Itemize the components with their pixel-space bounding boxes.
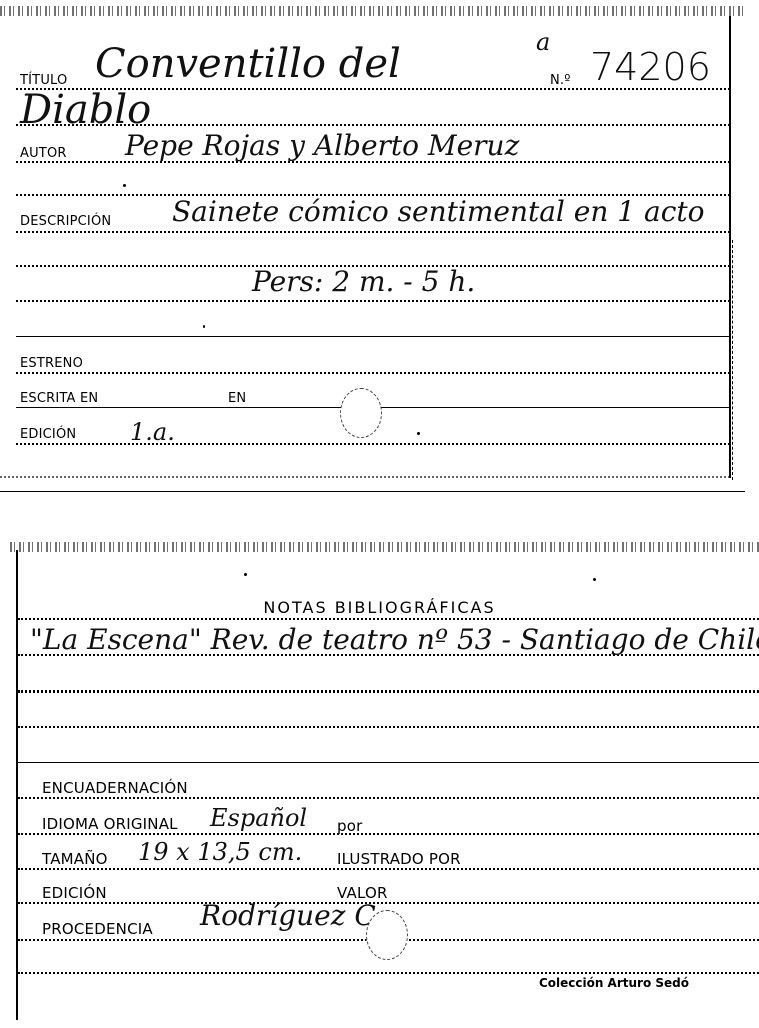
rule — [18, 972, 759, 974]
descripcion-value: Sainete cómico sentimental en 1 acto — [172, 198, 704, 226]
ilustrado-por-label: ILUSTRADO POR — [337, 852, 461, 867]
titulo-value-continued: Diablo — [20, 90, 151, 130]
scan-edge — [0, 6, 745, 16]
por-label: por — [337, 819, 362, 834]
escrita-en-label: ESCRITA EN — [20, 392, 98, 405]
card-right-edge — [732, 240, 733, 480]
edicion-label: EDICIÓN — [20, 428, 76, 441]
descripcion-value-continued: Pers: 2 m. - 5 h. — [252, 268, 475, 296]
procedencia-value: Rodríguez C. — [200, 902, 384, 930]
en-label: EN — [228, 392, 246, 405]
autor-value: Pepe Rojas y Alberto Meruz — [125, 132, 519, 160]
titulo-value: Conventillo del — [95, 44, 401, 84]
numero-value: 74206 — [590, 48, 711, 86]
notas-heading: NOTAS BIBLIOGRÁFICAS — [0, 598, 759, 617]
card-bottom-edge — [0, 491, 745, 492]
idioma-original-value: Español — [210, 806, 307, 830]
notas-value: "La Escena" Rev. de teatro nº 53 - Santi… — [30, 626, 759, 654]
encuadernacion-label: ENCUADERNACIÓN — [42, 781, 188, 796]
rule — [18, 618, 759, 620]
speck — [593, 578, 596, 581]
tamano-label: TAMAÑO — [42, 852, 108, 867]
scan-edge — [10, 542, 759, 552]
autor-label: AUTOR — [20, 147, 67, 160]
card-right-border — [729, 16, 731, 478]
edicion-back-label: EDICIÓN — [42, 886, 107, 901]
idioma-original-label: IDIOMA ORIGINAL — [42, 817, 178, 832]
collection-stamp: Colección Arturo Sedó — [539, 976, 689, 990]
punch-hole — [366, 910, 408, 960]
speck — [123, 184, 126, 187]
rule — [18, 797, 759, 799]
catalog-card-front: TÍTULO Conventillo del Diablo a N.º 7420… — [0, 0, 745, 492]
rule — [18, 833, 759, 835]
rule — [18, 868, 759, 870]
rule — [16, 336, 730, 337]
descripcion-label: DESCRIPCIÓN — [20, 215, 111, 228]
catalog-card-back: NOTAS BIBLIOGRÁFICAS "La Escena" Rev. de… — [0, 540, 759, 1028]
titulo-label: TÍTULO — [20, 74, 67, 87]
numero-label: N.º — [550, 74, 571, 87]
rule — [18, 902, 759, 904]
rule — [0, 476, 730, 478]
procedencia-label: PROCEDENCIA — [42, 922, 153, 937]
tamano-value: 19 x 13,5 cm. — [138, 840, 302, 864]
rule — [16, 300, 730, 302]
numero-superscript: a — [536, 30, 550, 54]
speck — [203, 325, 205, 328]
rule — [16, 443, 730, 445]
speck — [244, 573, 247, 576]
rule — [18, 691, 759, 693]
rule — [16, 372, 730, 374]
card-left-border — [16, 550, 18, 1020]
rule — [16, 231, 730, 233]
speck — [417, 432, 420, 435]
edicion-value: 1.a. — [130, 420, 175, 444]
estreno-label: ESTRENO — [20, 357, 83, 370]
rule — [18, 762, 759, 763]
rule — [18, 726, 759, 728]
punch-hole — [340, 388, 382, 438]
